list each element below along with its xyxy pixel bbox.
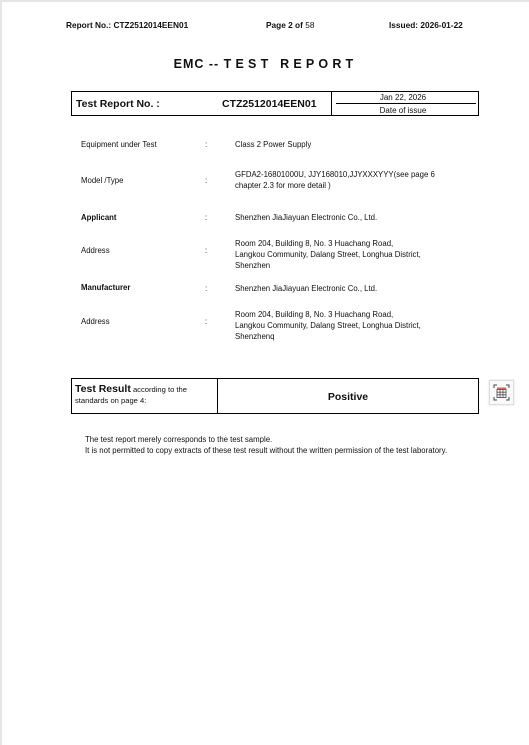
note-copy-permission: It is not permitted to copy extracts of … (85, 445, 496, 457)
field-colon: : (205, 139, 207, 150)
field-label: Model /Type (81, 175, 123, 186)
test-result-label-rest: according to the (131, 385, 187, 394)
field-label: Applicant (81, 212, 117, 223)
value-line: Langkou Community, Dalang Street, Longhu… (235, 249, 485, 260)
issue-date-label: Date of issue (334, 106, 472, 115)
test-result-label-line2: standards on page 4: (75, 396, 146, 405)
page-prefix: Page 2 of (266, 20, 305, 30)
header-page-number: Page 2 of 58 (266, 20, 314, 30)
title-prefix: EMC -- (174, 57, 224, 71)
field-label: Equipment under Test (81, 139, 157, 150)
field-value: Room 204, Building 8, No. 3 Huachang Roa… (235, 238, 485, 271)
field-colon: : (205, 316, 207, 327)
field-label: Address (81, 316, 110, 327)
divider (336, 103, 476, 104)
calculator-icon (493, 384, 510, 401)
value-line: chapter 2.3 for more detail ) (235, 180, 485, 191)
value-line: Room 204, Building 8, No. 3 Huachang Roa… (235, 309, 485, 320)
report-number-label: Test Report No. : (76, 98, 160, 110)
field-colon: : (205, 212, 207, 223)
value-line: GFDA2-16801000U, JJY168010,JJYXXXYYY(see… (235, 169, 485, 180)
page-total: 58 (305, 20, 314, 30)
issue-date-value: Jan 22, 2026 (334, 93, 472, 102)
value-line: Shenzhenq (235, 331, 485, 342)
note-sample: The test report merely corresponds to th… (85, 434, 496, 446)
page-title: EMC -- TEST REPORT (2, 57, 529, 71)
title-main: TEST REPORT (224, 57, 358, 71)
field-value: Shenzhen JiaJiayuan Electronic Co., Ltd. (235, 212, 485, 223)
calculator-button[interactable] (489, 380, 514, 405)
field-value: Room 204, Building 8, No. 3 Huachang Roa… (235, 309, 485, 342)
test-result-label: Test Result according to the standards o… (75, 384, 215, 406)
test-result-label-strong: Test Result (75, 383, 131, 395)
document-page: Report No.: CTZ2512014EEN01 Page 2 of 58… (2, 2, 529, 745)
field-label: Address (81, 245, 110, 256)
report-number-value: CTZ2512014EEN01 (222, 98, 317, 110)
test-result-value: Positive (219, 391, 477, 403)
field-label: Manufacturer (81, 282, 130, 293)
divider (331, 92, 332, 115)
field-value: Shenzhen JiaJiayuan Electronic Co., Ltd. (235, 283, 485, 294)
header-issued-date: Issued: 2026-01-22 (389, 20, 463, 30)
value-line: Room 204, Building 8, No. 3 Huachang Roa… (235, 238, 485, 249)
report-number-box: Test Report No. : CTZ2512014EEN01 Jan 22… (71, 91, 479, 116)
header-report-number: Report No.: CTZ2512014EEN01 (66, 20, 188, 30)
field-value: GFDA2-16801000U, JJY168010,JJYXXXYYY(see… (235, 169, 485, 191)
field-value: Class 2 Power Supply (235, 139, 485, 150)
value-line: Langkou Community, Dalang Street, Longhu… (235, 320, 485, 331)
value-line: Shenzhen (235, 260, 485, 271)
field-colon: : (205, 175, 207, 186)
test-result-box: Test Result according to the standards o… (71, 378, 479, 414)
field-colon: : (205, 283, 207, 294)
field-colon: : (205, 245, 207, 256)
